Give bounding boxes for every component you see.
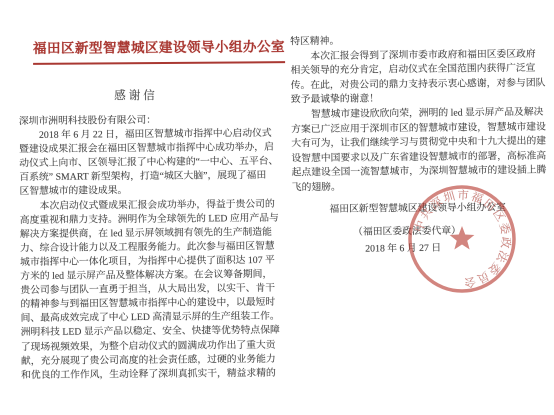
- letter-page: 福田区新型智慧城区建设领导小组办公室 感谢信 深圳市洲明科技股份有限公司： 20…: [0, 0, 554, 415]
- official-seal: 中共深圳市福田区委政法委员会: [404, 181, 520, 297]
- body-line: 百系统” SMART 新型架构，打造“城区大脑”，展现了福田: [19, 169, 263, 185]
- right-column: 特区精神。 本次汇报会得到了深圳市委市政府和福田区委区政府 相关领导的充分肯定，…: [290, 33, 542, 196]
- letterhead-title: 福田区新型智慧城区建设领导小组办公室: [33, 35, 285, 65]
- left-column: 深圳市洲明科技股份有限公司： 2018 年 6 月 22 日，福田区智慧城市指挥…: [19, 113, 265, 383]
- body-line: 洲明科技 LED 显示产品以稳定、安全、快捷等优势特点保障: [21, 324, 265, 340]
- seal-star: [450, 226, 475, 250]
- body-line: 了现场视频效果，为整个启动仪式的圆满成功作出了重大贡: [21, 338, 265, 354]
- body-line: 传。在此，对贵公司的鼎力支持表示衷心感谢，对参与团队: [291, 76, 541, 93]
- body-line: 和优良的工作作风，生动诠释了深圳真抓实干，精益求精的: [21, 367, 265, 383]
- letter-subject: 感谢信: [0, 87, 272, 103]
- body-line: 起点建设全国一流智慧城市，为深圳智慧城市的建设插上腾: [292, 164, 542, 181]
